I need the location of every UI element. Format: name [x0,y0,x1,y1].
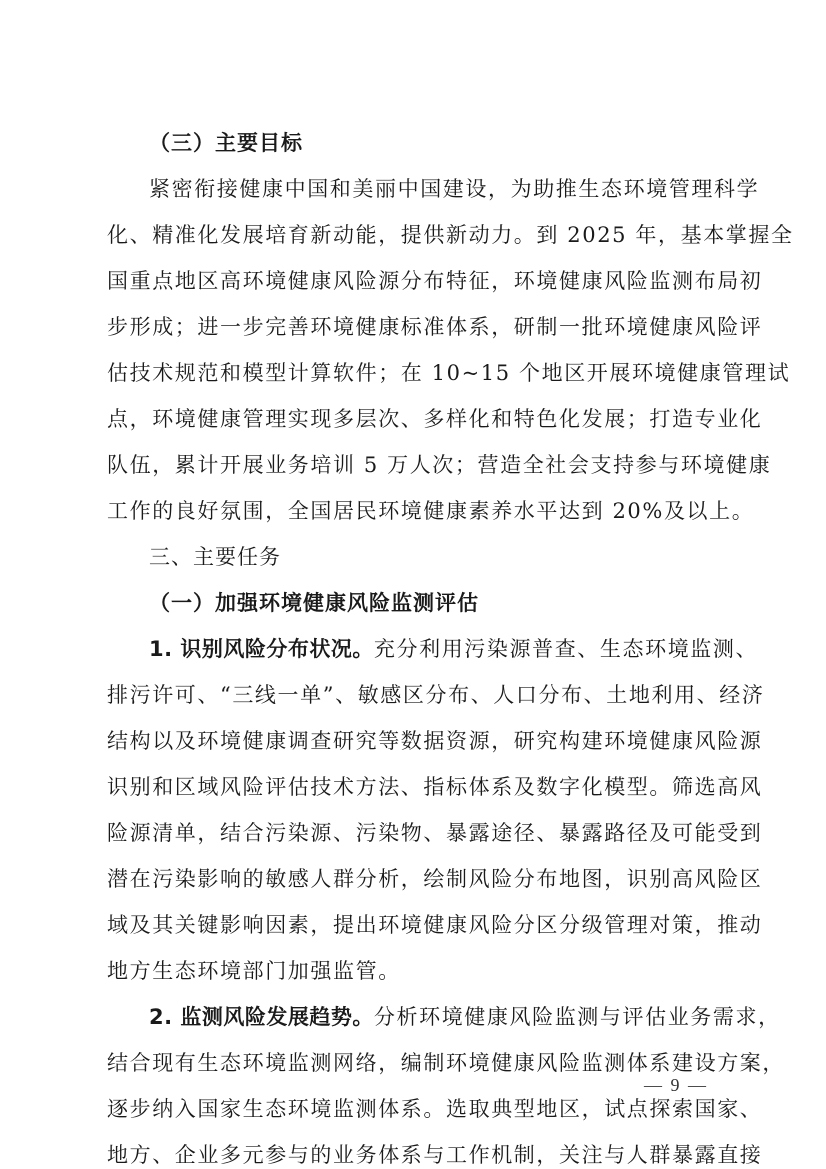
item-1-text: 充分利用污染源普查、生态环境监测、 [374,637,758,661]
paragraph-line: 队伍，累计开展业务培训 5 万人次；营造全社会支持参与环境健康 [107,450,721,480]
paragraph-line: 识别和区域风险评估技术方法、指标体系及数字化模型。筛选高风 [107,772,721,802]
document-page: （三）主要目标 紧密衔接健康中国和美丽中国建设，为助推生态环境管理科学 化、精准… [0,0,826,1169]
section-heading-main-tasks: 三、主要任务 [149,542,721,572]
paragraph-line: 地方、企业多元参与的业务体系与工作机制，关注与人群暴露直接 [107,1140,721,1169]
item-2-first-line: 2. 监测风险发展趋势。分析环境健康风险监测与评估业务需求， [149,1002,721,1032]
section-heading-main-goals: （三）主要目标 [149,128,721,158]
paragraph-line: 排污许可、“三线一单”、敏感区分布、人口分布、土地利用、经济 [107,680,721,710]
paragraph-line: 紧密衔接健康中国和美丽中国建设，为助推生态环境管理科学 [149,174,721,204]
item-2-title: 2. 监测风险发展趋势。 [149,1005,374,1029]
paragraph-line: 地方生态环境部门加强监管。 [107,956,721,986]
paragraph-line: 国重点地区高环境健康风险源分布特征，环境健康风险监测布局初 [107,266,721,296]
paragraph-line: 险源清单，结合污染源、污染物、暴露途径、暴露路径及可能受到 [107,818,721,848]
paragraph-line: 化、精准化发展培育新动能，提供新动力。到 2025 年，基本掌握全 [107,220,721,250]
paragraph-line: 工作的良好氛围，全国居民环境健康素养水平达到 20%及以上。 [107,496,721,526]
paragraph-line: 逐步纳入国家生态环境监测体系。选取典型地区，试点探索国家、 [107,1094,721,1124]
paragraph-line: 估技术规范和模型计算软件；在 10~15 个地区开展环境健康管理试 [107,358,721,388]
paragraph-line: 域及其关键影响因素，提出环境健康风险分区分级管理对策，推动 [107,910,721,940]
paragraph-line: 潜在污染影响的敏感人群分析，绘制风险分布地图，识别高风险区 [107,864,721,894]
paragraph-line: 点，环境健康管理实现多层次、多样化和特色化发展；打造专业化 [107,404,721,434]
paragraph-line: 结合现有生态环境监测网络，编制环境健康风险监测体系建设方案， [107,1048,721,1078]
item-1-title: 1. 识别风险分布状况。 [149,637,374,661]
subsection-heading: （一）加强环境健康风险监测评估 [149,588,721,618]
paragraph-line: 步形成；进一步完善环境健康标准体系，研制一批环境健康风险评 [107,312,721,342]
item-2-text: 分析环境健康风险监测与评估业务需求， [374,1005,781,1029]
page-number: — 9 — [644,1075,708,1096]
item-1-first-line: 1. 识别风险分布状况。充分利用污染源普查、生态环境监测、 [149,634,721,664]
paragraph-line: 结构以及环境健康调查研究等数据资源，研究构建环境健康风险源 [107,726,721,756]
